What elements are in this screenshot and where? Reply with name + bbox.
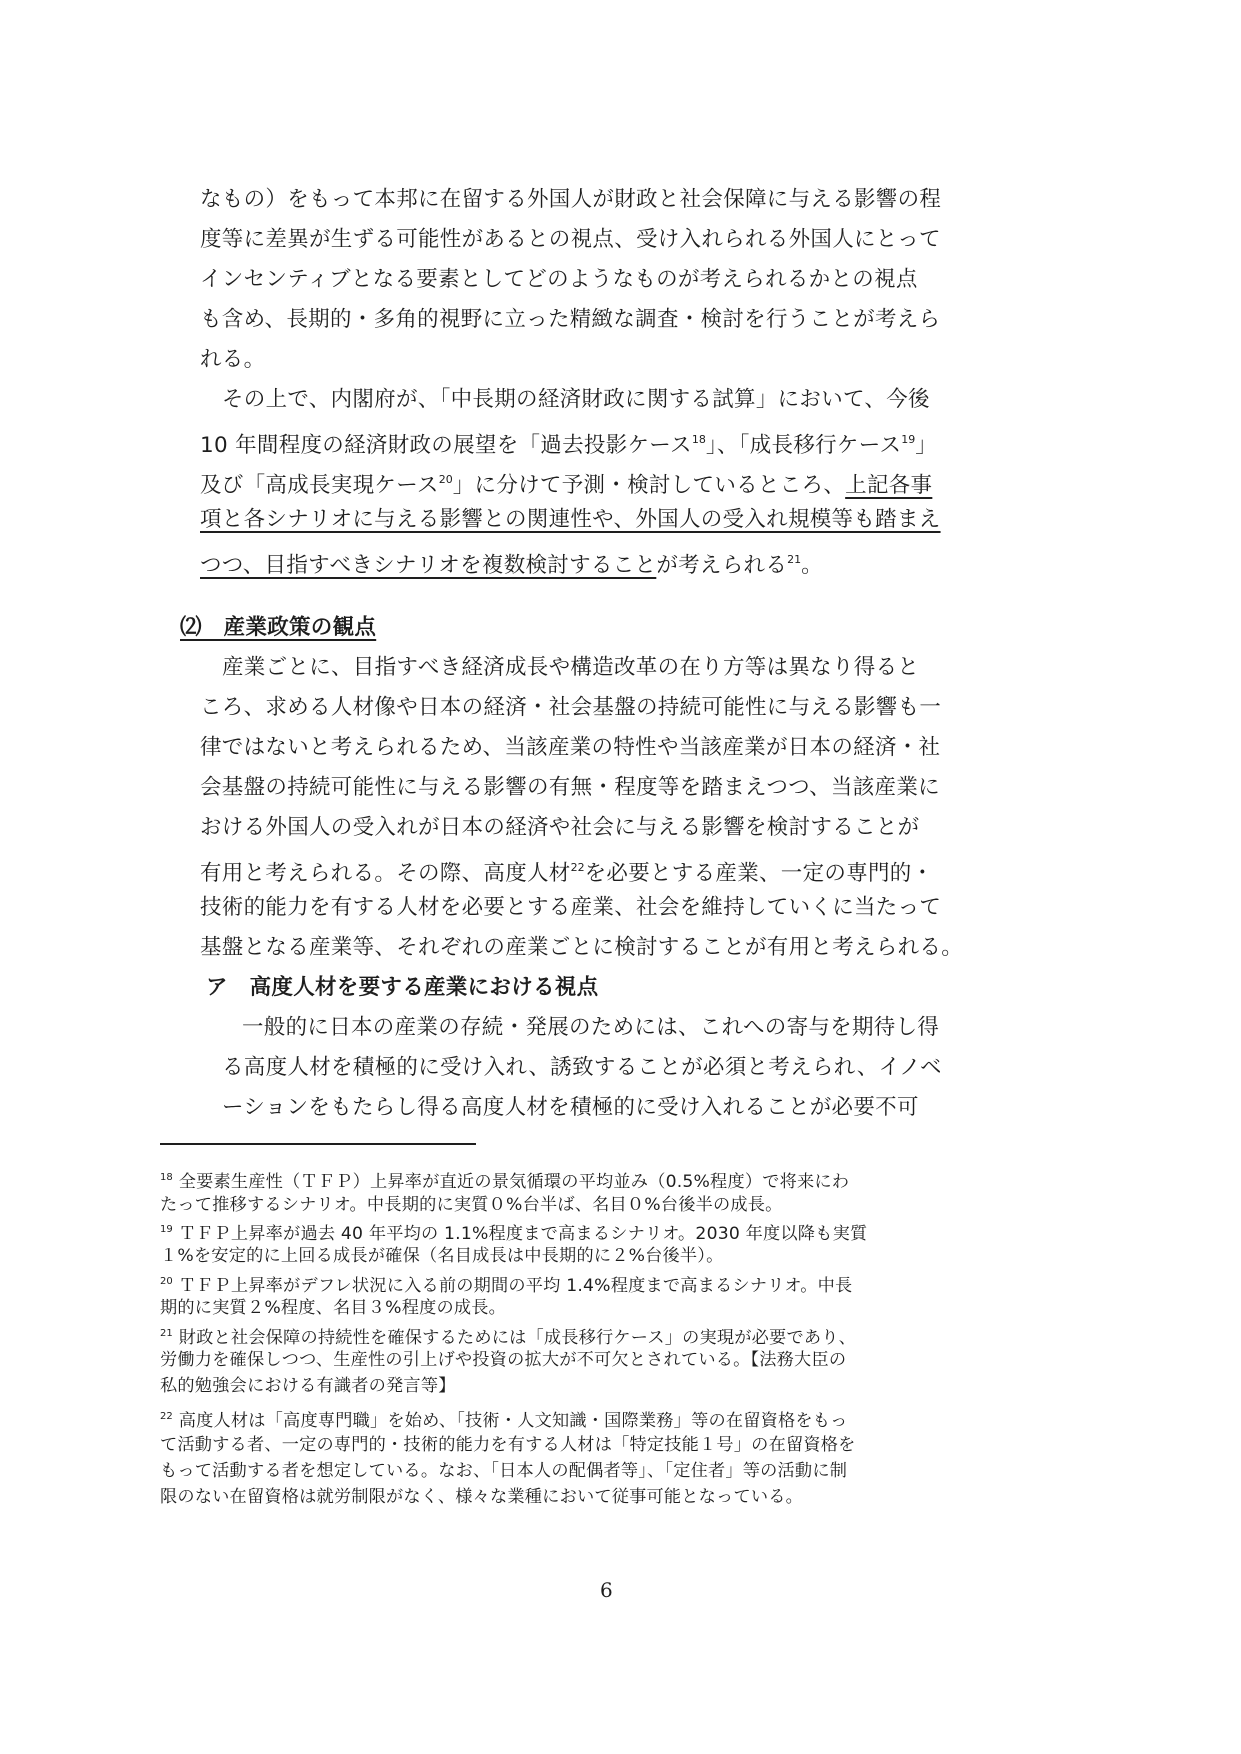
text: 」 — [915, 433, 937, 458]
footnote-line: 労働力を確保しつつ、生産性の引上げや投資の拡大が不可欠とされている。【法務大臣の — [160, 1348, 846, 1372]
subsection-heading: ア 高度人材を要する産業における視点 — [206, 973, 598, 1003]
text: が考えられる — [656, 553, 787, 578]
body-line: インセンティブとなる要素としてどのようなものが考えられるかとの視点 — [200, 265, 918, 295]
footnote-number: 19 — [160, 1224, 173, 1235]
footnote-19: 19ＴＦＰ上昇率が過去 40 年平均の 1.1%程度まで高まるシナリオ。2030… — [160, 1218, 867, 1246]
text: 有用と考えられる。その際、高度人材 — [200, 861, 571, 886]
footnote-text: ＴＦＰ上昇率がデフレ状況に入る前の期間の平均 1.4%程度まで高まるシナリオ。中… — [179, 1276, 853, 1296]
footnote-line: もって活動する者を想定している。なお、「日本人の配偶者等」、「定住者」等の活動に… — [160, 1459, 847, 1483]
footnote-number: 18 — [160, 1172, 173, 1183]
body-line: なもの）をもって本邦に在留する外国人が財政と社会保障に与える影響の程 — [200, 185, 941, 215]
footnote-text: 高度人材は「高度専門職」を始め、「技術・人文知識・国際業務」等の在留資格をもっ — [179, 1411, 848, 1431]
footnote-line: 期的に実質２%程度、名目３%程度の成長。 — [160, 1296, 506, 1320]
text: 10 年間程度の経済財政の展望を「過去投影ケース — [200, 433, 692, 458]
text: 。 — [801, 553, 823, 578]
underlined-text: 上記各事 — [845, 473, 932, 498]
body-line: 及び「高成長実現ケース20」に分けて予測・検討しているところ、上記各事 — [200, 465, 932, 501]
text: 及び「高成長実現ケース — [200, 473, 439, 498]
body-line: つつ、目指すべきシナリオを複数検討することが考えられる21。 — [200, 545, 823, 581]
footnote-line: 私的勉強会における有識者の発言等】 — [160, 1374, 456, 1398]
footnote-text: 財政と社会保障の持続性を確保するためには「成長移行ケース」の実現が必要であり、 — [179, 1328, 856, 1348]
body-line: れる。 — [200, 345, 265, 375]
footnote-line: １%を安定的に上回る成長が確保（名目成長は中長期的に２%台後半）。 — [160, 1244, 723, 1268]
footnote-number: 20 — [160, 1276, 173, 1287]
body-line: 度等に差異が生ずる可能性があるとの視点、受け入れられる外国人にとって — [200, 225, 941, 255]
page-number: 6 — [600, 1578, 613, 1602]
text: 」に分けて予測・検討しているところ、 — [453, 473, 845, 498]
body-line: 項と各シナリオに与える影響との関連性や、外国人の受入れ規模等も踏まえ — [200, 505, 941, 535]
footnote-separator — [160, 1143, 476, 1145]
footnote-text: ＴＦＰ上昇率が過去 40 年平均の 1.1%程度まで高まるシナリオ。2030 年… — [179, 1224, 868, 1244]
body-line: 基盤となる産業等、それぞれの産業ごとに検討することが有用と考えられる。 — [200, 933, 963, 963]
section-heading: ⑵ 産業政策の観点 — [180, 613, 376, 643]
footnote-text: 全要素生産性（ＴＦＰ）上昇率が直近の景気循環の平均並み（0.5%程度）で将来にわ — [179, 1172, 849, 1192]
text: 」、「成長移行ケース — [706, 433, 901, 458]
footnote-line: て活動する者、一定の専門的・技術的能力を有する人材は「特定技能１号」の在留資格を — [160, 1433, 856, 1457]
body-line: その上で、内閣府が、「中長期の経済財政に関する試算」において、今後 — [222, 385, 930, 415]
footnote-line: たって推移するシナリオ。中長期的に実質０%台半ば、名目０%台後半の成長。 — [160, 1193, 783, 1217]
underlined-text: 項と各シナリオに与える影響との関連性や、外国人の受入れ規模等も踏まえ — [200, 507, 941, 532]
body-line: ーションをもたらし得る高度人材を積極的に受け入れることが必要不可 — [222, 1093, 919, 1123]
footnote-number: 22 — [160, 1411, 173, 1422]
footnote-ref[interactable]: 19 — [901, 433, 915, 446]
body-line: ころ、求める人材像や日本の経済・社会基盤の持続可能性に与える影響も一 — [200, 693, 941, 723]
body-line: 10 年間程度の経済財政の展望を「過去投影ケース18」、「成長移行ケース19」 — [200, 425, 937, 461]
footnote-line: 限のない在留資格は就労制限がなく、様々な業種において従事可能となっている。 — [160, 1485, 803, 1509]
footnote-20: 20ＴＦＰ上昇率がデフレ状況に入る前の期間の平均 1.4%程度まで高まるシナリオ… — [160, 1270, 852, 1298]
body-line: おける外国人の受入れが日本の経済や社会に与える影響を検討することが — [200, 813, 919, 843]
body-line: 産業ごとに、目指すべき経済成長や構造改革の在り方等は異なり得ると — [222, 653, 919, 683]
body-line: 一般的に日本の産業の存続・発展のためには、これへの寄与を期待し得 — [242, 1013, 939, 1043]
footnote-22: 22高度人材は「高度専門職」を始め、「技術・人文知識・国際業務」等の在留資格をも… — [160, 1405, 848, 1433]
body-line: 技術的能力を有する人材を必要とする産業、社会を維持していくに当たって — [200, 893, 941, 923]
footnote-ref[interactable]: 22 — [571, 861, 585, 874]
body-line: 会基盤の持続可能性に与える影響の有無・程度等を踏まえつつ、当該産業に — [200, 773, 940, 803]
text: を必要とする産業、一定の専門的・ — [585, 861, 934, 886]
body-line: 有用と考えられる。その際、高度人材22を必要とする産業、一定の専門的・ — [200, 853, 933, 889]
footnote-21: 21財政と社会保障の持続性を確保するためには「成長移行ケース」の実現が必要であり… — [160, 1322, 856, 1350]
footnote-ref[interactable]: 20 — [439, 473, 453, 486]
body-line: る高度人材を積極的に受け入れ、誘致することが必須と考えられ、イノベ — [222, 1053, 942, 1083]
footnote-ref[interactable]: 21 — [787, 553, 801, 566]
footnote-number: 21 — [160, 1328, 173, 1339]
underlined-text: つつ、目指すべきシナリオを複数検討すること — [200, 553, 656, 578]
footnote-18: 18全要素生産性（ＴＦＰ）上昇率が直近の景気循環の平均並み（0.5%程度）で将来… — [160, 1166, 849, 1194]
body-line: 律ではないと考えられるため、当該産業の特性や当該産業が日本の経済・社 — [200, 733, 940, 763]
footnote-ref[interactable]: 18 — [692, 433, 706, 446]
body-line: も含め、長期的・多角的視野に立った精緻な調査・検討を行うことが考えら — [200, 305, 940, 335]
